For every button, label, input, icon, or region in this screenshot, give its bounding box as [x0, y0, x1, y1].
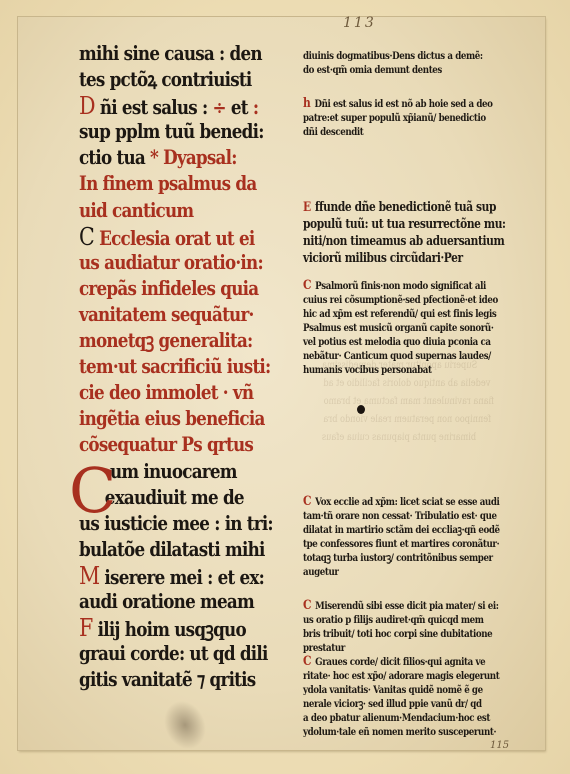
shelfmark-number: 115 [490, 740, 509, 751]
commentary-block: hDñi est salus id est nõ ab hoie sed a d… [303, 97, 528, 139]
rubric-line: C Ecclesia orat ut ei [79, 224, 251, 250]
commentary-line: CPsalmorũ finis·non modo significat ali [303, 279, 488, 293]
commentary-line: prestatur [303, 641, 488, 655]
commentary-line: Effunde dñe benedictionẽ tuã sup [303, 199, 488, 216]
commentary-line: totaqꝫ turba iustorꝫ/ contritõnibus semp… [303, 551, 488, 565]
rubric-line: uid canticum [79, 198, 251, 224]
commentary-line: nerale viciorꝫ· sed illud ppie vanũ dr/ … [303, 697, 488, 711]
commentary-line: viciorũ milibus circũdari·Per [303, 250, 488, 267]
rubric-line: monetqꝫ generalita: [79, 328, 251, 354]
paragraph-mark: C [303, 654, 311, 669]
rubricated-initial: h [303, 96, 310, 111]
commentary-line: bris tribuit/ toti hoc corpi sine dubita… [303, 627, 488, 641]
psalm-line: graui corde: ut qd dili [79, 641, 251, 667]
commentary-line: a deo pbatur alienum·Mendacium·hoc est [303, 711, 488, 725]
rubric-line: us audiatur oratio·in: [79, 250, 251, 276]
psalm-line: ctio tua * Dyapsal: [79, 145, 251, 171]
rubric-line: vanitatem sequãtur· [79, 302, 251, 328]
folio-number: 113 [343, 15, 376, 31]
rubric-line: cie deo immolet · vñ [79, 380, 251, 406]
commentary-line: niti/non timeamus ab aduersantium [303, 233, 488, 250]
rubricated-initial: M [79, 562, 99, 590]
large-rubricated-initial: C [69, 461, 116, 521]
psalm-line: D ñi est salus : ÷ et : [79, 93, 251, 119]
commentary-line: CVox ecclie ad xp̃m: licet sciat se esse… [303, 495, 488, 509]
paragraph-mark: C [303, 278, 311, 293]
commentary-block: CPsalmorũ finis·non modo significat ali … [303, 279, 528, 377]
commentary-line: humanis vocibus personabat [303, 363, 488, 377]
psalm-line: F ilij hoim usqꝫquo [79, 615, 251, 641]
commentary-line: dñi descendit [303, 125, 488, 139]
commentary-line: patre:et super populũ xp̃ianũ/ benedicti… [303, 111, 488, 125]
psalm-line: M iserere mei : et ex: [79, 563, 251, 589]
commentary-line: do est·qm̃ omia demunt dentes [303, 63, 488, 77]
psalm-line: bulatõe dilatasti mihi [79, 537, 251, 563]
commentary-line: ydolum·tale eñ nomen merito susceperunt· [303, 725, 488, 739]
commentary-line: nebãtur· Canticum quod supernas laudes/ [303, 349, 488, 363]
commentary-line: CMiserendũ sibi esse dicit pia mater/ si… [303, 599, 488, 613]
commentary-column: diuinis dogmatibus·Dens dictus a demẽ: d… [303, 49, 528, 739]
commentary-line: diuinis dogmatibus·Dens dictus a demẽ: [303, 49, 488, 63]
commentary-block: diuinis dogmatibus·Dens dictus a demẽ: d… [303, 49, 528, 77]
psalm-line: mihi sine causa : den [79, 41, 251, 67]
psalm-text-column: mihi sine causa : den tes pctõꝝ contriui… [79, 41, 279, 693]
rubricated-initial: D [79, 92, 95, 120]
commentary-line: tpe confessores fiunt et martires coronã… [303, 537, 488, 551]
psalm-line: sup pplm tuũ benedi: [79, 119, 251, 145]
commentary-line: hic ad xp̃m est referendũ/ qui est finis… [303, 307, 488, 321]
rubric-line: tem·ut sacrificiũ iusti: [79, 354, 251, 380]
commentary-line: dilatat in martirio sctãm dei eccliaꝫ·qñ… [303, 523, 488, 537]
commentary-line: augetur [303, 565, 488, 579]
commentary-line: ritate· hoc est xp̃o/ adorare magis eleg… [303, 669, 488, 683]
commentary-line: tam·tñ orare non cessat· Tribulatio est·… [303, 509, 488, 523]
psalm-line: tes pctõꝝ contriuisti [79, 67, 251, 93]
commentary-line: Psalmus est musicũ organũ capite sonorũ· [303, 321, 488, 335]
commentary-line: hDñi est salus id est nõ ab hoie sed a d… [303, 97, 488, 111]
commentary-line: CGraues corde/ dicit filios·qui agnita v… [303, 655, 488, 669]
rubric-line: ingẽtia eius beneficia [79, 406, 251, 432]
rubric-line: In finem psalmus da [79, 171, 251, 197]
collect-prayer-block: Effunde dñe benedictionẽ tuã sup populũ … [303, 199, 528, 267]
psalm-line: audi oratione meam [79, 589, 251, 615]
psalm-line: gitis vanitatẽ ⁊ qritis [79, 667, 251, 693]
commentary-line: us oratio p filijs audiret·qm̃ quicqd me… [303, 613, 488, 627]
commentary-line: cuius rei cõsumptionẽ·sed pfectionẽ·et i… [303, 293, 488, 307]
commentary-line: ydola vanitatis· Vanitas quidẽ nomẽ ẽ ge [303, 683, 488, 697]
rubricated-initial: F [79, 614, 93, 642]
rubricated-initial: E [303, 200, 311, 215]
commentary-block: CMiserendũ sibi esse dicit pia mater/ si… [303, 599, 528, 655]
commentary-block: CVox ecclie ad xp̃m: licet sciat se esse… [303, 495, 528, 579]
paragraph-mark: C [303, 598, 311, 613]
commentary-line: vel potius est melodia quo diuia pconia … [303, 335, 488, 349]
paragraph-mark: C [79, 223, 94, 251]
paragraph-mark: C [303, 494, 311, 509]
commentary-block: CGraues corde/ dicit filios·qui agnita v… [303, 655, 528, 739]
rubric-line: crepãs infideles quia [79, 276, 251, 302]
commentary-line: populũ tuũ: ut tua resurrectõne mu: [303, 216, 488, 233]
